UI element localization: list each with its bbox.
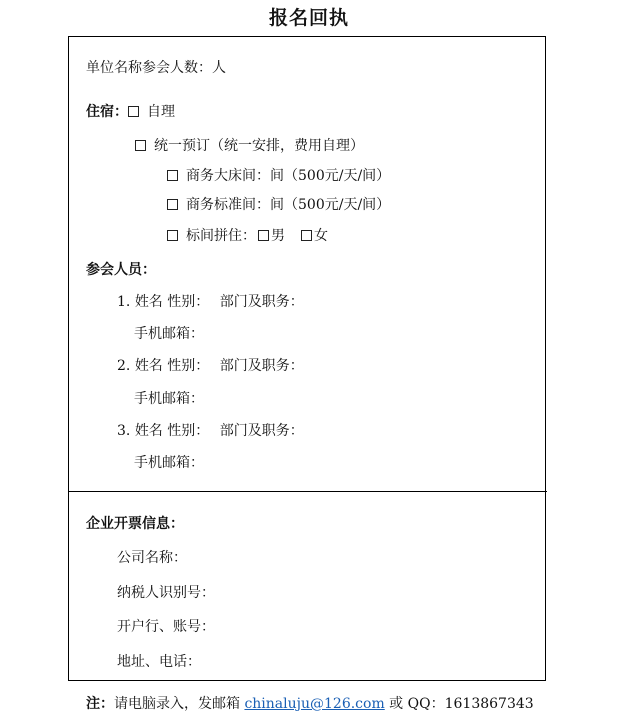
invoice-company-name[interactable]: 公司名称： bbox=[117, 549, 187, 567]
checkbox-share-room[interactable] bbox=[167, 230, 178, 241]
female-label: 女 bbox=[314, 228, 328, 244]
attendee-contact-2[interactable]: 手机邮箱： bbox=[134, 390, 204, 408]
note-or: 或 QQ： bbox=[385, 696, 445, 712]
attendee-num: 3. bbox=[117, 423, 130, 439]
checkbox-king-room[interactable] bbox=[167, 170, 178, 181]
room-standard-label: 商务标准间：间（500元/天/间） bbox=[186, 197, 390, 213]
attendee-contact-3[interactable]: 手机邮箱： bbox=[134, 454, 204, 472]
page-title: 报名回执 bbox=[0, 3, 618, 30]
lodging-self-label: 自理 bbox=[147, 104, 175, 120]
attendee-row-1[interactable]: 1. 姓名 性别： 部门及职务： bbox=[117, 293, 304, 311]
checkbox-unified[interactable] bbox=[135, 140, 146, 151]
male-label: 男 bbox=[271, 228, 285, 244]
attendee-gender: 性别： bbox=[167, 423, 209, 439]
room-king-label: 商务大床间：间（500元/天/间） bbox=[186, 168, 390, 184]
attendee-dept: 部门及职务： bbox=[220, 294, 304, 310]
invoice-tax-id[interactable]: 纳税人识别号： bbox=[117, 584, 215, 602]
attendee-num: 2. bbox=[117, 358, 130, 374]
note-text: 请电脑录入，发邮箱 bbox=[114, 696, 244, 712]
attendees-label: 参会人员： bbox=[86, 261, 156, 279]
attendee-name: 姓名 bbox=[135, 423, 163, 439]
unit-attendee-count[interactable]: 单位名称参会人数：人 bbox=[86, 59, 226, 77]
attendee-name: 姓名 bbox=[135, 358, 163, 374]
attendee-row-2[interactable]: 2. 姓名 性别： 部门及职务： bbox=[117, 357, 304, 375]
lodging-label: 住宿： bbox=[86, 104, 128, 120]
invoice-address-phone[interactable]: 地址、电话： bbox=[117, 653, 201, 671]
room-row-share: 标间拼住：男女 bbox=[167, 227, 328, 245]
section-divider bbox=[68, 491, 547, 492]
email-link[interactable]: chinaluju@126.com bbox=[244, 696, 384, 712]
checkbox-female[interactable] bbox=[301, 230, 312, 241]
attendee-dept: 部门及职务： bbox=[220, 358, 304, 374]
room-row-standard: 商务标准间：间（500元/天/间） bbox=[167, 196, 390, 214]
attendee-dept: 部门及职务： bbox=[220, 423, 304, 439]
checkbox-self[interactable] bbox=[128, 106, 139, 117]
lodging-row: 住宿：自理 bbox=[86, 103, 175, 121]
attendee-row-3[interactable]: 3. 姓名 性别： 部门及职务： bbox=[117, 422, 304, 440]
lodging-unified-row: 统一预订（统一安排，费用自理） bbox=[135, 137, 364, 155]
invoice-bank-account[interactable]: 开户行、账号： bbox=[117, 618, 215, 636]
share-label: 标间拼住： bbox=[186, 228, 256, 244]
footer-note: 注：请电脑录入，发邮箱 chinaluju@126.com 或 QQ：16138… bbox=[86, 693, 534, 713]
attendee-num: 1. bbox=[117, 294, 130, 310]
checkbox-male[interactable] bbox=[258, 230, 269, 241]
attendee-name: 姓名 bbox=[135, 294, 163, 310]
attendee-gender: 性别： bbox=[167, 358, 209, 374]
attendee-contact-1[interactable]: 手机邮箱： bbox=[134, 325, 204, 343]
checkbox-standard-room[interactable] bbox=[167, 199, 178, 210]
attendee-gender: 性别： bbox=[167, 294, 209, 310]
lodging-unified-label: 统一预订（统一安排，费用自理） bbox=[154, 138, 364, 154]
qq-number: 1613867343 bbox=[445, 696, 534, 712]
note-prefix: 注： bbox=[86, 696, 114, 712]
room-row-king: 商务大床间：间（500元/天/间） bbox=[167, 167, 390, 185]
invoice-label: 企业开票信息： bbox=[86, 515, 184, 533]
